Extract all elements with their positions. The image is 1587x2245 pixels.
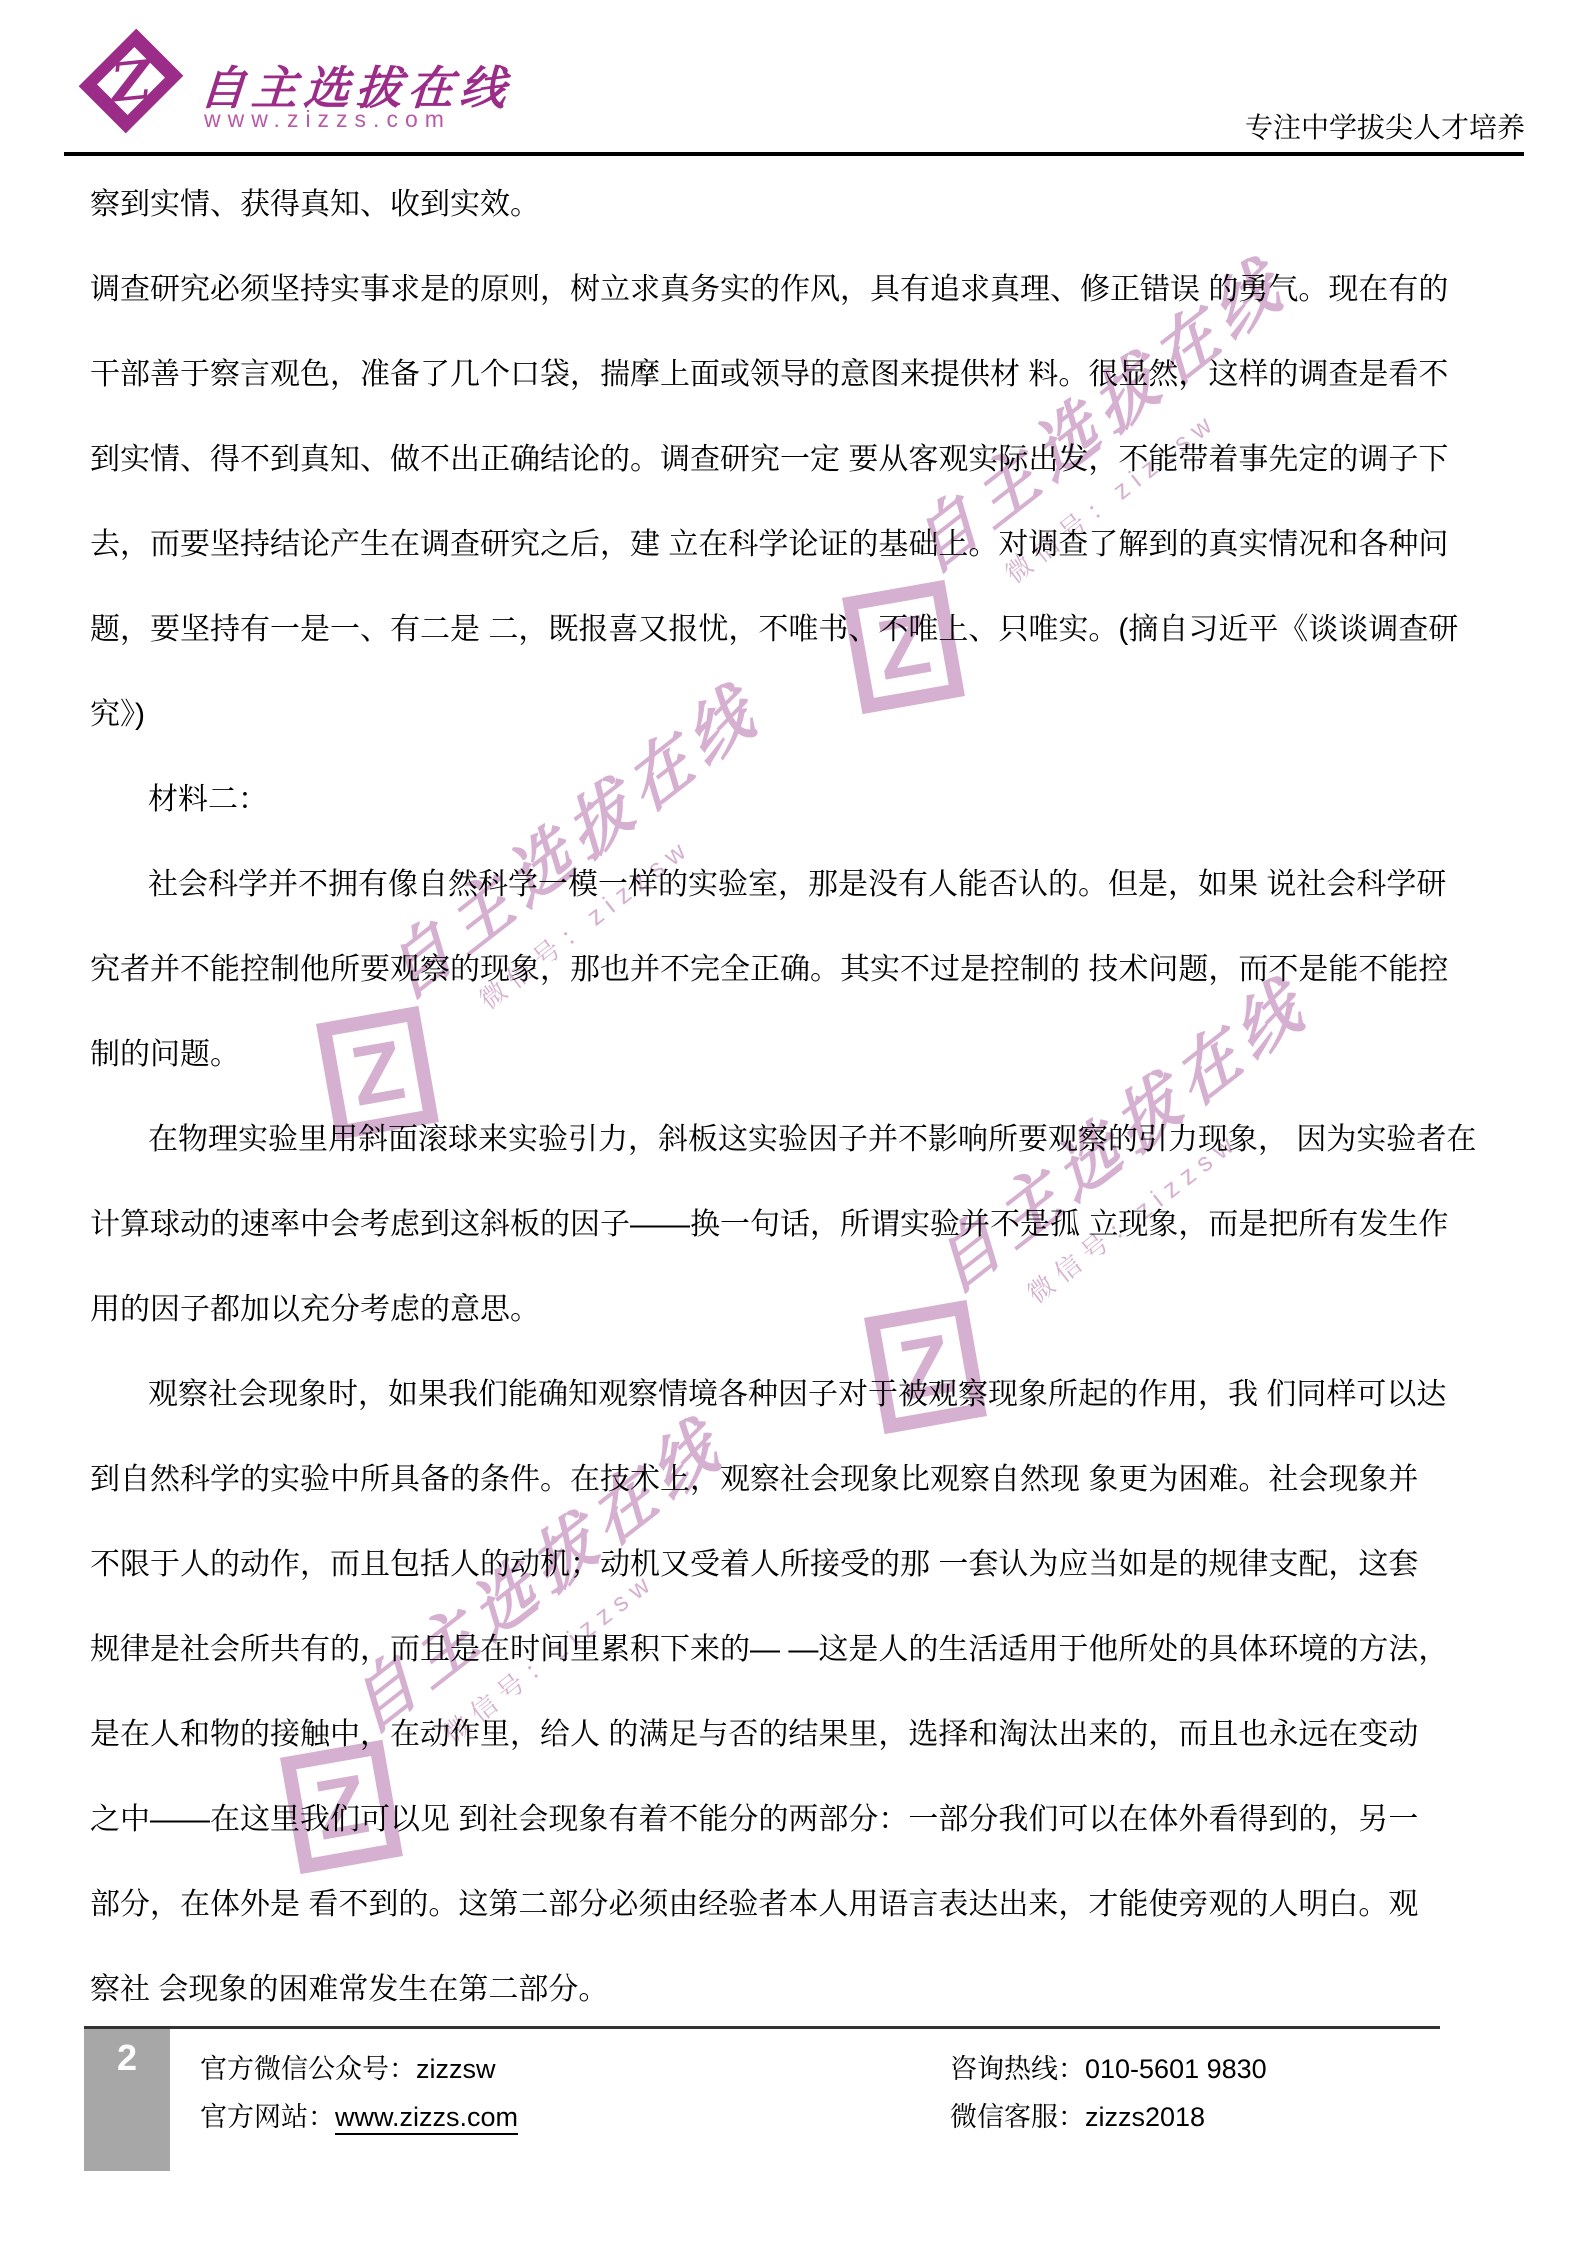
footer-left-column: 官方微信公众号：zizzsw 官方网站：www.zizzs.com bbox=[200, 2052, 518, 2148]
page-number: 2 bbox=[84, 2037, 170, 2079]
footer-site-label: 官方网站： bbox=[200, 2102, 335, 2132]
body-line: 社会科学并不拥有像自然科学一模一样的实验室，那是没有人能否认的。但是，如果 说社… bbox=[90, 842, 1518, 927]
footer-site-link[interactable]: www.zizzs.com bbox=[335, 2102, 518, 2135]
body-line: 不限于人的动作，而且包括人的动机；动机又受着人所接受的那 一套认为应当如是的规律… bbox=[90, 1522, 1518, 1607]
footer-wechat-label: 官方微信公众号： bbox=[200, 2054, 416, 2084]
body-line: 调查研究必须坚持实事求是的原则，树立求真务实的作风，具有追求真理、修正错误 的勇… bbox=[90, 247, 1518, 332]
footer-site-row: 官方网站：www.zizzs.com bbox=[200, 2100, 518, 2148]
body-line: 计算球动的速率中会考虑到这斜板的因子——换一句话，所谓实验并不是孤 立现象，而是… bbox=[90, 1182, 1518, 1267]
body-line: 干部善于察言观色，准备了几个口袋，揣摩上面或领导的意图来提供材 料。很显然，这样… bbox=[90, 332, 1518, 417]
page-number-badge: 2 bbox=[84, 2029, 170, 2171]
body-line: 用的因子都加以充分考虑的意思。 bbox=[90, 1267, 1518, 1352]
body-text: 察到实情、获得真知、收到实效。调查研究必须坚持实事求是的原则，树立求真务实的作风… bbox=[90, 162, 1518, 2032]
body-line: 材料二： bbox=[90, 757, 1518, 842]
brand-logo-icon: Z bbox=[79, 29, 184, 134]
body-line: 是在人和物的接触中，在动作里，给人 的满足与否的结果里，选择和淘汰出来的，而且也… bbox=[90, 1692, 1518, 1777]
body-line: 察社 会现象的困难常发生在第二部分。 bbox=[90, 1947, 1518, 2032]
body-line: 究》) bbox=[90, 672, 1518, 757]
footer-right-column: 咨询热线：010-5601 9830 微信客服：zizzs2018 bbox=[950, 2052, 1267, 2148]
body-line: 规律是社会所共有的，而且是在时间里累积下来的— —这是人的生活适用于他所处的具体… bbox=[90, 1607, 1518, 1692]
body-line: 部分，在体外是 看不到的。这第二部分必须由经验者本人用语言表达出来，才能使旁观的… bbox=[90, 1862, 1518, 1947]
body-line: 制的问题。 bbox=[90, 1012, 1518, 1097]
header-rule bbox=[64, 152, 1524, 156]
footer-service-value: zizzs2018 bbox=[1085, 2102, 1205, 2132]
body-line: 察到实情、获得真知、收到实效。 bbox=[90, 162, 1518, 247]
brand-logo-letter: Z bbox=[90, 40, 171, 121]
footer-wechat-value: zizzsw bbox=[416, 2054, 496, 2084]
brand-url: www.zizzs.com bbox=[204, 106, 451, 133]
body-line: 观察社会现象时，如果我们能确知观察情境各种因子对于被观察现象所起的作用，我 们同… bbox=[90, 1352, 1518, 1437]
footer-wechat-row: 官方微信公众号：zizzsw bbox=[200, 2052, 518, 2100]
document-page: Z 自主选拔在线 www.zizzs.com 专注中学拔尖人才培养 Z 自主选拔… bbox=[0, 0, 1587, 2245]
footer-service-label: 微信客服： bbox=[950, 2102, 1085, 2132]
footer-hotline-value: 010-5601 9830 bbox=[1085, 2054, 1267, 2084]
footer-rule bbox=[84, 2026, 1440, 2029]
body-line: 到自然科学的实验中所具备的条件。在技术上，观察社会现象比观察自然现 象更为困难。… bbox=[90, 1437, 1518, 1522]
body-line: 到实情、得不到真知、做不出正确结论的。调查研究一定 要从客观实际出发，不能带着事… bbox=[90, 417, 1518, 502]
header-tagline: 专注中学拔尖人才培养 bbox=[1245, 106, 1525, 146]
body-line: 去，而要坚持结论产生在调查研究之后，建 立在科学论证的基础上。对调查了解到的真实… bbox=[90, 502, 1518, 587]
footer-hotline-label: 咨询热线： bbox=[950, 2054, 1085, 2084]
body-line: 究者并不能控制他所要观察的现象，那也并不完全正确。其实不过是控制的 技术问题，而… bbox=[90, 927, 1518, 1012]
footer-service-row: 微信客服：zizzs2018 bbox=[950, 2100, 1267, 2148]
body-line: 之中——在这里我们可以见 到社会现象有着不能分的两部分：一部分我们可以在体外看得… bbox=[90, 1777, 1518, 1862]
body-line: 在物理实验里用斜面滚球来实验引力，斜板这实验因子并不影响所要观察的引力现象， 因… bbox=[90, 1097, 1518, 1182]
footer-hotline-row: 咨询热线：010-5601 9830 bbox=[950, 2052, 1267, 2100]
body-line: 题，要坚持有一是一、有二是 二，既报喜又报忧，不唯书、不唯上、只唯实。(摘自习近… bbox=[90, 587, 1518, 672]
